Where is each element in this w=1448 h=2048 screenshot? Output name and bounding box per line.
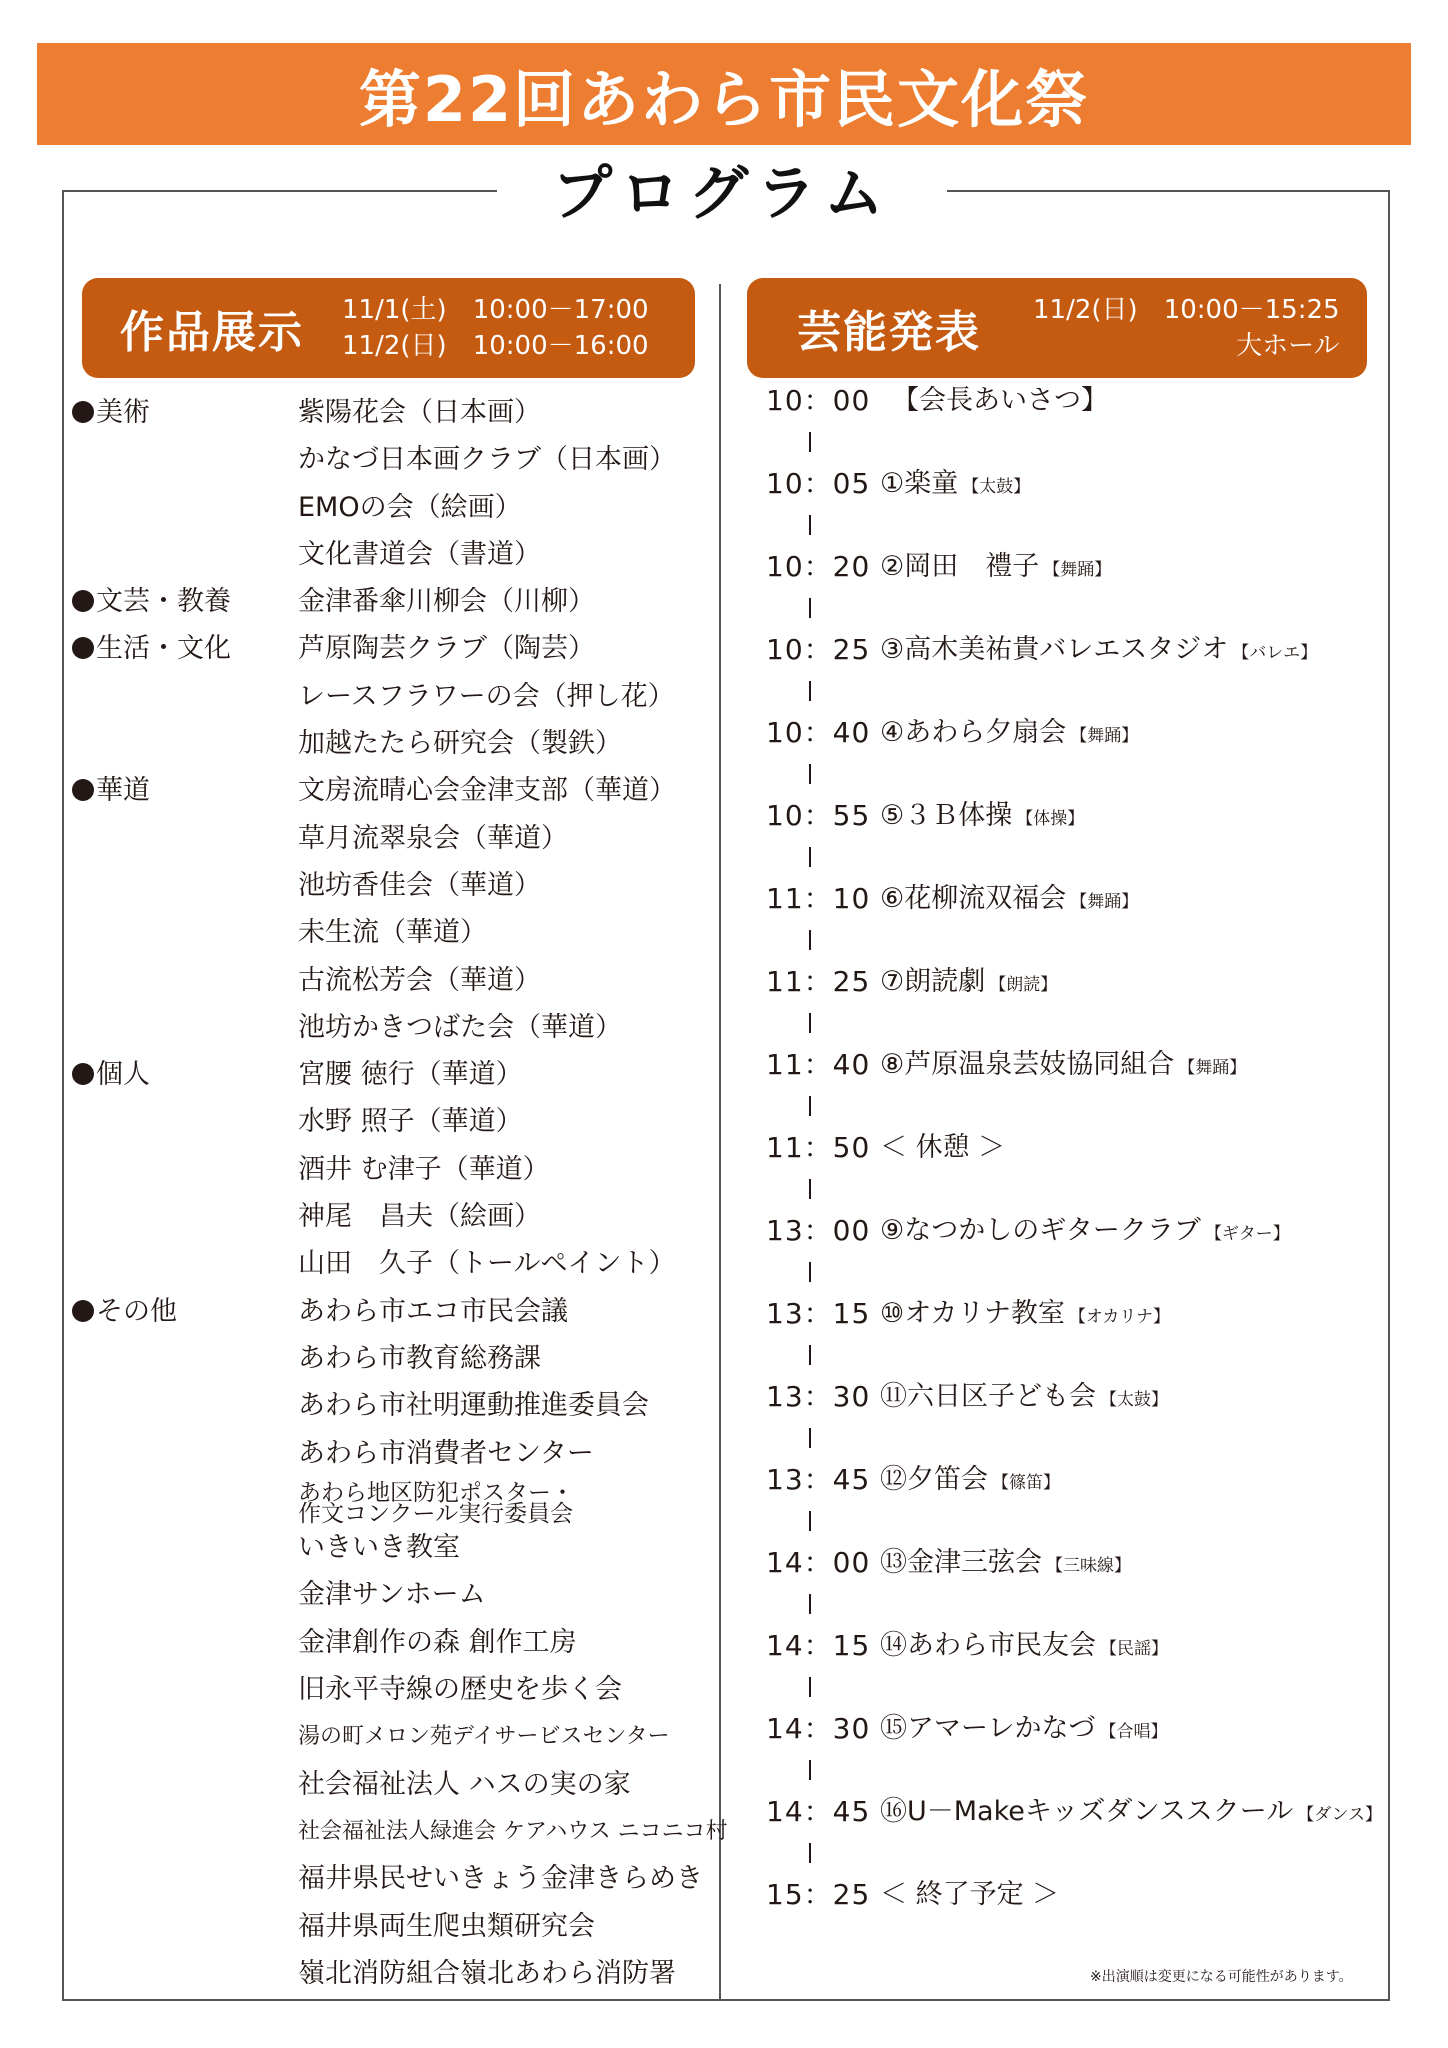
exhibitor-name: 宮腰 徳行（華道） [298,1051,523,1098]
exhibit-row: EMOの会（絵画） [70,484,710,531]
schedule-time: 13：45 [766,1459,856,1500]
act-genre: 【体操】 [1016,809,1084,829]
act-name: ①楽童 [880,468,958,499]
schedule-act: ⑬金津三弦会【三味線】 [880,1542,1131,1587]
schedule-row: 15：25＜ 終了予定 ＞ [766,1874,1376,1916]
act-genre: 【民謡】 [1100,1639,1168,1659]
performance-header: 芸能発表 11/2(日) 10:00－15:25 大ホール [747,278,1367,378]
schedule-act: ＜ 休憩 ＞ [880,1127,1005,1168]
exhibitor-name: 文化書道会（書道） [298,531,541,578]
schedule-time: 10：55 [766,795,856,836]
schedule-row: 10：05①楽童【太鼓】 [766,463,1376,505]
exhibitor-name: EMOの会（絵画） [298,484,522,531]
act-genre: 【合唱】 [1099,1722,1167,1742]
schedule-connector [766,1335,1376,1377]
timeline-tick-icon [809,1428,811,1448]
timeline-tick-icon [809,681,811,701]
schedule-act: ①楽童【太鼓】 [880,463,1030,508]
schedule-row: 13：45⑫夕笛会【篠笛】 [766,1459,1376,1501]
exhibit-row: 福井県民せいきょう金津きらめき [70,1855,710,1902]
exhibitor-name: 湯の町メロン苑デイサービスセンター [298,1713,670,1760]
schedule-connector [766,1501,1376,1543]
exhibit-row: 金津サンホーム [70,1571,710,1618]
exhibitor-name: 草月流翠泉会（華道） [298,815,568,862]
act-name: ⑪六日区子ども会 [880,1381,1096,1412]
exhibition-date: 11/1(土) [342,292,447,328]
act-genre: 【ダンス】 [1297,1805,1382,1825]
schedule-connector [766,920,1376,962]
exhibit-category: 生活・文化 [72,625,231,672]
exhibitor-name: 古流松芳会（華道） [298,957,541,1004]
exhibit-category: 美術 [72,389,150,436]
bullet-dot-icon [72,637,94,659]
act-genre: 【舞踊】 [1070,726,1138,746]
schedule-act: ③高木美祐貴バレエスタジオ【バレエ】 [880,629,1317,674]
schedule-act: 【会長あいさつ】 [892,380,1108,421]
act-genre: 【篠笛】 [992,1473,1060,1493]
act-name: ③高木美祐貴バレエスタジオ [880,634,1228,665]
exhibit-row: 池坊香佳会（華道） [70,862,710,909]
exhibit-category: その他 [72,1288,177,1335]
schedule-row: 13：00⑨なつかしのギタークラブ【ギター】 [766,1210,1376,1252]
festival-title: 第22回あわら市民文化祭 [359,50,1089,139]
exhibit-row: 神尾 昌夫（絵画） [70,1193,710,1240]
schedule-time: 11：10 [766,878,856,919]
schedule-connector [766,671,1376,713]
act-name: ⑩オカリナ教室 [880,1298,1065,1329]
exhibition-header: 作品展示 11/1(土) 10:00－17:00 11/2(日) 10:00－1… [82,278,695,378]
act-name: ＜ 終了予定 ＞ [880,1879,1059,1910]
schedule-act: ⑨なつかしのギタークラブ【ギター】 [880,1210,1290,1255]
timeline-tick-icon [809,515,811,535]
schedule-connector [766,1750,1376,1792]
schedule-act: ⑭あわら市民友会【民謡】 [880,1625,1168,1670]
exhibit-row: 山田 久子（トールペイント） [70,1240,710,1287]
timeline-tick-icon [809,1511,811,1531]
schedule-connector [766,1169,1376,1211]
bullet-dot-icon [72,590,94,612]
exhibitor-name: 福井県両生爬虫類研究会 [298,1903,595,1950]
exhibit-category: 個人 [72,1051,150,1098]
schedule-time: 10：25 [766,629,856,670]
schedule-connector [766,1584,1376,1626]
schedule-row: 11：25⑦朗読劇【朗読】 [766,961,1376,1003]
exhibit-row: あわら市社明運動推進委員会 [70,1382,710,1429]
performance-venue: 大ホール [1033,328,1340,364]
schedule-connector [766,1086,1376,1128]
bullet-dot-icon [72,1063,94,1085]
schedule-act: ②岡田 禮子【舞踊】 [880,546,1111,591]
schedule-time: 10：40 [766,712,856,753]
exhibition-hours: 10:00－16:00 [473,328,649,364]
timeline-tick-icon [809,1096,811,1116]
act-name: ④あわら夕扇会 [880,717,1066,748]
exhibitor-name: 嶺北消防組合嶺北あわら消防署 [298,1950,676,1997]
schedule-act: ⑯U－Makeキッズダンススクール【ダンス】 [880,1791,1382,1836]
schedule-row: 13：30⑪六日区子ども会【太鼓】 [766,1376,1376,1418]
schedule-time: 14：30 [766,1708,856,1749]
exhibitor-name: かなづ日本画クラブ（日本画） [298,436,676,483]
exhibit-row: 華道文房流晴心会金津支部（華道） [70,767,710,814]
act-genre: 【太鼓】 [1100,1390,1168,1410]
timeline-tick-icon [809,1013,811,1033]
exhibit-row: 金津創作の森 創作工房 [70,1619,710,1666]
timeline-tick-icon [809,764,811,784]
exhibit-row: 酒井 む津子（華道） [70,1146,710,1193]
order-change-note: ※出演順は変更になる可能性があります。 [1090,1966,1353,1986]
exhibitor-name: 酒井 む津子（華道） [298,1146,550,1193]
schedule-row: 10：20②岡田 禮子【舞踊】 [766,546,1376,588]
exhibit-row: 水野 照子（華道） [70,1098,710,1145]
schedule-connector [766,837,1376,879]
schedule-time: 10：20 [766,546,856,587]
exhibit-row: 旧永平寺線の歴史を歩く会 [70,1666,710,1713]
exhibitor-name: 水野 照子（華道） [298,1098,523,1145]
exhibitor-name: あわら市教育総務課 [298,1335,541,1382]
performance-date: 11/2(日) [1033,292,1138,328]
timeline-tick-icon [809,1345,811,1365]
exhibition-time-row: 11/2(日) 10:00－16:00 [342,328,649,364]
schedule-connector [766,1667,1376,1709]
act-genre: 【舞踊】 [1043,560,1111,580]
schedule-row: 11：50＜ 休憩 ＞ [766,1127,1376,1169]
exhibitor-name: いきいき教室 [298,1524,460,1571]
schedule-connector [766,1418,1376,1460]
exhibit-row: 嶺北消防組合嶺北あわら消防署 [70,1950,710,1997]
exhibit-category-label: 美術 [96,397,150,428]
exhibitor-name: 社会福祉法人 ハスの実の家 [298,1761,631,1808]
exhibitor-name: あわら市消費者センター [298,1430,594,1477]
exhibit-row: 個人宮腰 徳行（華道） [70,1051,710,1098]
schedule-act: ④あわら夕扇会【舞踊】 [880,712,1138,757]
column-divider [719,284,721,2001]
exhibit-category-label: その他 [96,1296,177,1327]
exhibitor-name: あわら市社明運動推進委員会 [298,1382,649,1429]
exhibitor-name: 神尾 昌夫（絵画） [298,1193,541,1240]
schedule-connector [766,754,1376,796]
exhibit-row: 湯の町メロン苑デイサービスセンター [70,1713,710,1760]
exhibitor-name: 文房流晴心会金津支部（華道） [298,767,676,814]
exhibit-row: 草月流翠泉会（華道） [70,815,710,862]
performance-times: 11/2(日) 10:00－15:25 大ホール [1033,292,1340,364]
timeline-tick-icon [809,598,811,618]
exhibit-category-label: 個人 [96,1059,150,1090]
timeline-tick-icon [809,1262,811,1282]
exhibit-row: 文芸・教養金津番傘川柳会（川柳） [70,578,710,625]
schedule-row: 10：55⑤３Ｂ体操【体操】 [766,795,1376,837]
exhibit-row: その他あわら市エコ市民会議 [70,1288,710,1335]
exhibit-row: 加越たたら研究会（製鉄） [70,720,710,767]
schedule-act: ⑥花柳流双福会【舞踊】 [880,878,1138,923]
schedule-time: 14：45 [766,1791,856,1832]
timeline-tick-icon [809,1594,811,1614]
exhibitor-name: 旧永平寺線の歴史を歩く会 [298,1666,622,1713]
act-name: ⑨なつかしのギタークラブ [880,1215,1201,1246]
act-genre: 【バレエ】 [1232,643,1317,663]
exhibitor-name: あわら地区防犯ポスター・ 作文コンクール実行委員会 [298,1483,574,1525]
timeline-tick-icon [809,930,811,950]
act-genre: 【ギター】 [1205,1224,1290,1244]
exhibitor-name: 山田 久子（トールペイント） [298,1240,675,1287]
act-name: ⑮アマーレかなづ [880,1713,1095,1744]
exhibitor-name: 金津番傘川柳会（川柳） [298,578,595,625]
exhibit-row: あわら市消費者センター [70,1430,710,1477]
schedule-row: 11：40⑧芦原温泉芸妓協同組合【舞踊】 [766,1044,1376,1086]
exhibitor-name: 未生流（華道） [298,909,487,956]
act-name: ②岡田 禮子 [880,551,1039,582]
exhibition-date: 11/2(日) [342,328,447,364]
act-name: ＜ 休憩 ＞ [880,1132,1005,1163]
exhibitor-name: 紫陽花会（日本画） [298,389,541,436]
schedule-act: ⑪六日区子ども会【太鼓】 [880,1376,1168,1421]
act-genre: 【オカリナ】 [1069,1307,1170,1327]
act-genre: 【舞踊】 [1070,892,1138,912]
schedule-time: 13：00 [766,1210,856,1251]
performance-hours: 10:00－15:25 [1164,292,1340,328]
performance-time-row: 11/2(日) 10:00－15:25 [1033,292,1340,328]
exhibitor-name: 加越たたら研究会（製鉄） [298,720,622,767]
schedule-connector [766,1833,1376,1875]
performance-schedule: 10：00【会長あいさつ】10：05①楽童【太鼓】10：20②岡田 禮子【舞踊】… [766,380,1376,1916]
performance-title: 芸能発表 [797,296,981,360]
schedule-time: 13：30 [766,1376,856,1417]
exhibitor-name: あわら市エコ市民会議 [298,1288,568,1335]
exhibit-row: 文化書道会（書道） [70,531,710,578]
schedule-row: 14：45⑯U－Makeキッズダンススクール【ダンス】 [766,1791,1376,1833]
exhibit-row: 生活・文化芦原陶芸クラブ（陶芸） [70,625,710,672]
act-genre: 【舞踊】 [1178,1058,1246,1078]
timeline-tick-icon [809,1760,811,1780]
bullet-dot-icon [72,1300,94,1322]
exhibit-row: いきいき教室 [70,1524,710,1571]
timeline-tick-icon [809,1843,811,1863]
act-genre: 【朗読】 [989,975,1057,995]
schedule-time: 13：15 [766,1293,856,1334]
exhibit-row: 古流松芳会（華道） [70,957,710,1004]
exhibit-row: 社会福祉法人緑進会 ケアハウス ニコニコ村 [70,1808,710,1855]
act-name: ⑥花柳流双福会 [880,883,1066,914]
exhibitor-name: 金津サンホーム [298,1571,486,1618]
schedule-row: 14：30⑮アマーレかなづ【合唱】 [766,1708,1376,1750]
exhibit-row: あわら市教育総務課 [70,1335,710,1382]
exhibit-row: 未生流（華道） [70,909,710,956]
schedule-time: 15：25 [766,1874,856,1915]
program-heading: プログラム [552,146,891,232]
act-genre: 【太鼓】 [962,477,1030,497]
schedule-row: 14：00⑬金津三弦会【三味線】 [766,1542,1376,1584]
exhibit-category-label: 生活・文化 [96,633,231,664]
schedule-time: 11：50 [766,1127,856,1168]
schedule-act: ⑧芦原温泉芸妓協同組合【舞踊】 [880,1044,1246,1089]
schedule-act: ⑦朗読劇【朗読】 [880,961,1057,1006]
act-name: ⑦朗読劇 [880,966,985,997]
schedule-connector [766,588,1376,630]
title-banner: 第22回あわら市民文化祭 [37,43,1411,145]
timeline-tick-icon [809,1677,811,1697]
exhibition-times: 11/1(土) 10:00－17:00 11/2(日) 10:00－16:00 [342,292,649,364]
act-genre: 【三味線】 [1046,1556,1131,1576]
schedule-row: 11：10⑥花柳流双福会【舞踊】 [766,878,1376,920]
exhibit-row: 福井県両生爬虫類研究会 [70,1903,710,1950]
schedule-act: ⑫夕笛会【篠笛】 [880,1459,1060,1504]
schedule-time: 14：00 [766,1542,856,1583]
timeline-tick-icon [809,847,811,867]
act-name: ⑧芦原温泉芸妓協同組合 [880,1049,1174,1080]
exhibitor-name: 社会福祉法人緑進会 ケアハウス ニコニコ村 [298,1808,728,1855]
schedule-time: 10：05 [766,463,856,504]
act-name: ⑭あわら市民友会 [880,1630,1096,1661]
schedule-act: ⑤３Ｂ体操【体操】 [880,795,1084,840]
timeline-tick-icon [809,1179,811,1199]
schedule-act: ⑮アマーレかなづ【合唱】 [880,1708,1167,1753]
schedule-row: 10：40④あわら夕扇会【舞踊】 [766,712,1376,754]
exhibition-list: 美術紫陽花会（日本画）かなづ日本画クラブ（日本画）EMOの会（絵画）文化書道会（… [70,389,710,1997]
exhibit-category-label: 華道 [96,775,150,806]
exhibitor-name: レースフラワーの会（押し花） [298,673,675,720]
schedule-row: 14：15⑭あわら市民友会【民謡】 [766,1625,1376,1667]
schedule-connector [766,1003,1376,1045]
act-name: ⑯U－Makeキッズダンススクール [880,1796,1293,1827]
act-name: ⑤３Ｂ体操 [880,800,1012,831]
schedule-connector [766,422,1376,464]
schedule-row: 13：15⑩オカリナ教室【オカリナ】 [766,1293,1376,1335]
exhibit-row: レースフラワーの会（押し花） [70,673,710,720]
exhibit-row: 社会福祉法人 ハスの実の家 [70,1761,710,1808]
bullet-dot-icon [72,779,94,801]
exhibition-title: 作品展示 [120,296,304,360]
schedule-row: 10：25③高木美祐貴バレエスタジオ【バレエ】 [766,629,1376,671]
program-heading-container: プログラム [497,148,947,230]
exhibition-hours: 10:00－17:00 [473,292,649,328]
act-name: 【会長あいさつ】 [892,385,1108,416]
bullet-dot-icon [72,401,94,423]
schedule-act: ＜ 終了予定 ＞ [880,1874,1059,1915]
timeline-tick-icon [809,432,811,452]
exhibitor-name: 金津創作の森 創作工房 [298,1619,577,1666]
schedule-time: 10：00 [766,380,856,421]
schedule-connector [766,1252,1376,1294]
exhibit-row: あわら地区防犯ポスター・ 作文コンクール実行委員会 [70,1477,710,1524]
schedule-connector [766,505,1376,547]
exhibitor-name: 池坊香佳会（華道） [298,862,541,909]
exhibit-row: かなづ日本画クラブ（日本画） [70,436,710,483]
exhibitor-name: 池坊かきつばた会（華道） [298,1004,622,1051]
exhibit-category-label: 文芸・教養 [96,586,231,617]
exhibitor-name: 芦原陶芸クラブ（陶芸） [298,625,595,672]
exhibitor-name: 福井県民せいきょう金津きらめき [298,1855,703,1902]
schedule-time: 11：40 [766,1044,856,1085]
exhibit-row: 美術紫陽花会（日本画） [70,389,710,436]
schedule-row: 10：00【会長あいさつ】 [766,380,1376,422]
act-name: ⑬金津三弦会 [880,1547,1042,1578]
exhibit-category: 華道 [72,767,150,814]
exhibit-row: 池坊かきつばた会（華道） [70,1004,710,1051]
exhibition-time-row: 11/1(土) 10:00－17:00 [342,292,649,328]
schedule-time: 14：15 [766,1625,856,1666]
schedule-time: 11：25 [766,961,856,1002]
schedule-act: ⑩オカリナ教室【オカリナ】 [880,1293,1170,1338]
exhibit-category: 文芸・教養 [72,578,231,625]
act-name: ⑫夕笛会 [880,1464,988,1495]
